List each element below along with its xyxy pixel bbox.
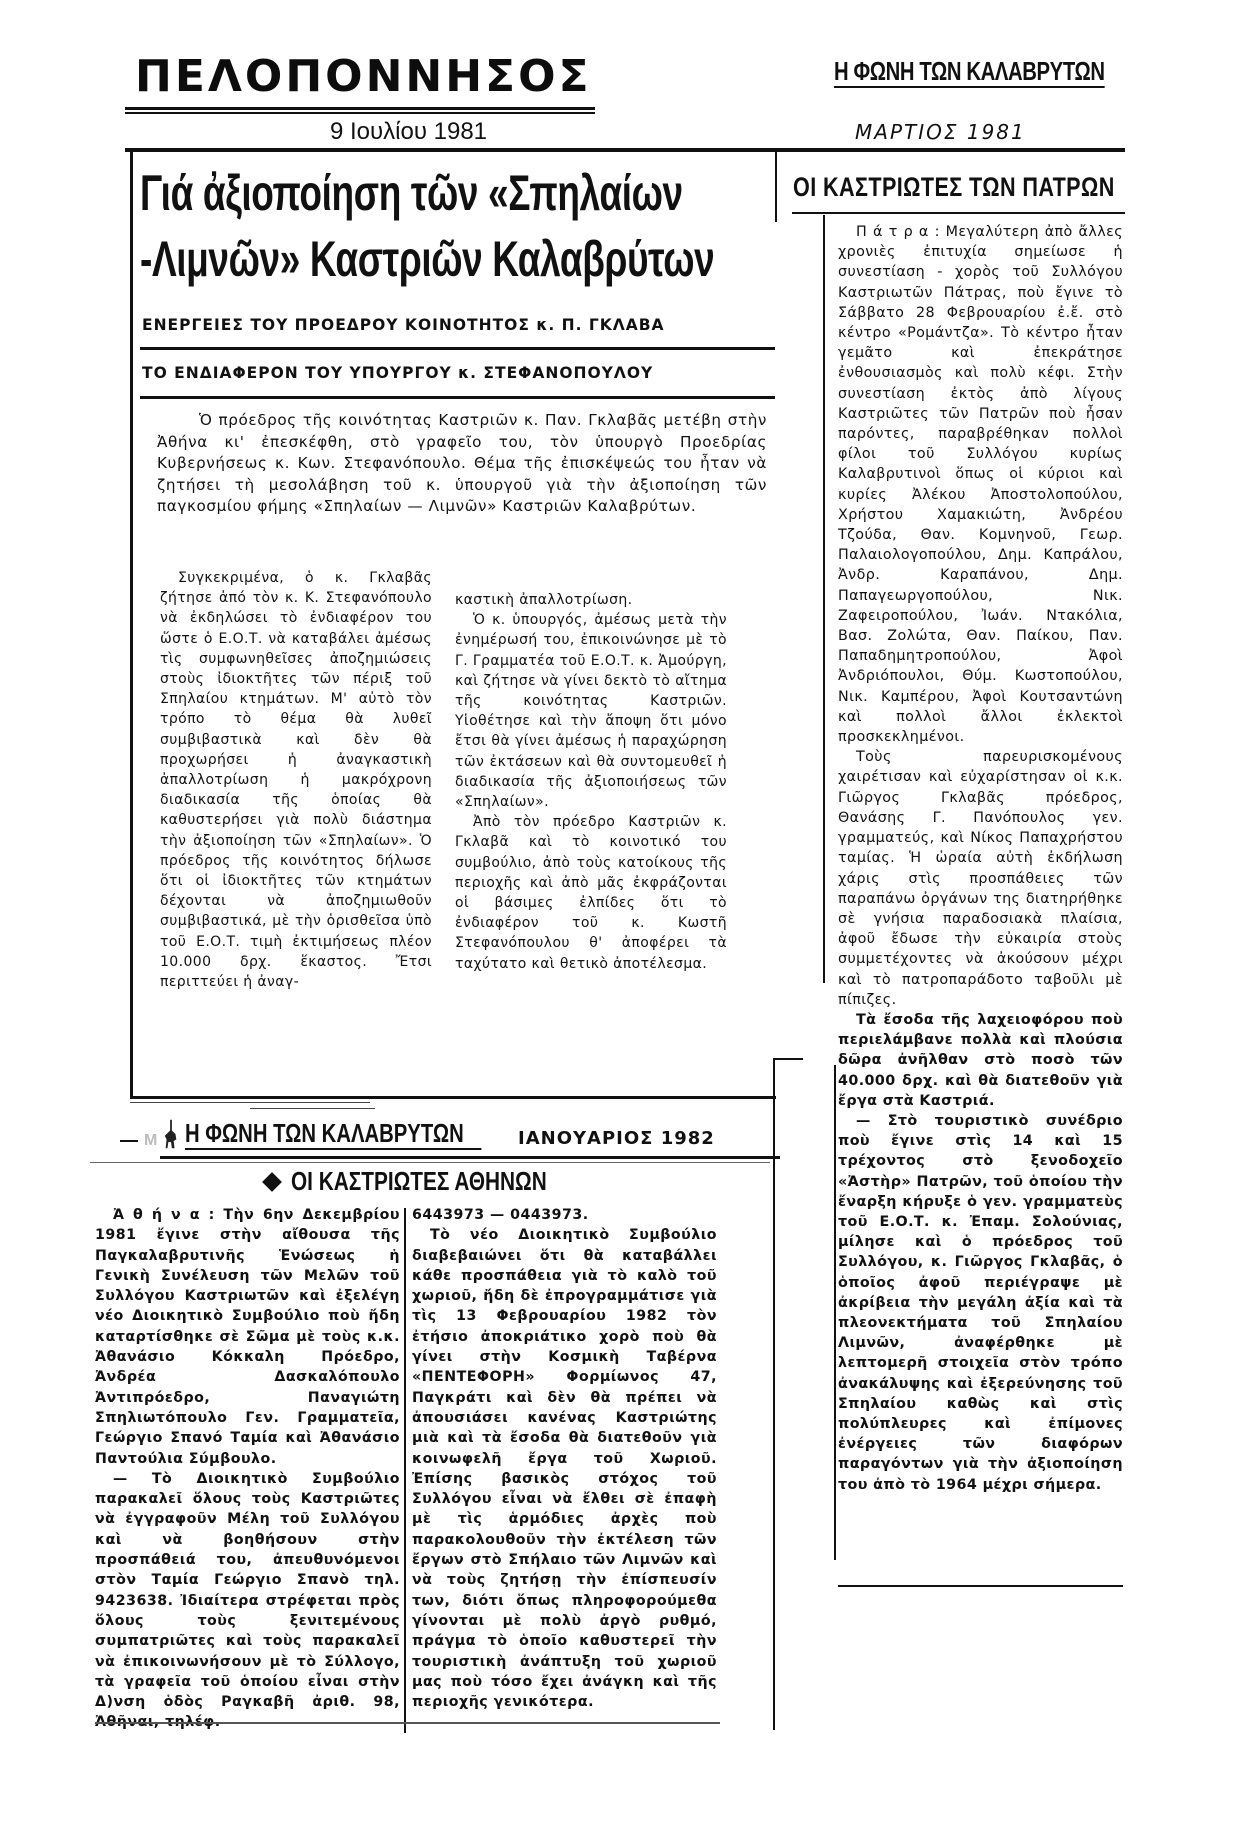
newspaper-name-peloponnisos: ΠΕΛΟΠΟΝΝΗΣΟΣ xyxy=(135,52,595,102)
headline-line-2: -Λιμνῶν» Καστριῶν Καλαβρύτων xyxy=(140,226,769,292)
article-subhead-1: ΕΝΕΡΓΕΙΕΣ ΤΟΥ ΠΡΟΕΔΡΟΥ ΚΟΙΝΟΤΗΤΟΣ κ. Π. … xyxy=(142,316,665,334)
masthead-foni-kalavryton: Η ΦΩΝΗ ΤΩΝ ΚΑΛΑΒΡΥΤΩΝ xyxy=(830,52,1160,88)
masthead-rule xyxy=(125,107,595,110)
column-divider xyxy=(773,1060,775,1730)
clipping-date-right: ΜΑΡΤΙΟΣ 1981 xyxy=(855,120,1026,144)
clipping-date-bottom: ΙΑΝΟΥΑΡΙΟΣ 1982 xyxy=(518,1128,715,1149)
paragraph: Ὁ κ. ὑπουργός, ἀμέσως μετὰ τὴν ἐνημέρωσή… xyxy=(455,610,727,812)
paragraph: Ἀ θ ή ν α : Τὴν 6ην Δεκεμβρίου 1981 ἔγιν… xyxy=(95,1205,400,1469)
subhead-rule xyxy=(140,347,775,350)
bottom-rule xyxy=(838,1585,1123,1587)
athinon-column-b: 6443973 — 0443973. Τὸ νέο Διοικητικὸ Συμ… xyxy=(412,1205,717,1712)
diamond-bullet-icon xyxy=(262,1172,282,1192)
headline-line-1: Γιά ἀξιοποίηση τῶν «Σπηλαίων xyxy=(140,160,769,226)
separator-rule xyxy=(250,1108,375,1109)
title-rule xyxy=(792,212,1125,214)
article-title-athinon: ΟΙ ΚΑΣΤΡΙΩΤΕΣ ΑΘΗΝΩΝ xyxy=(265,1166,611,1197)
paragraph: Τοὺς παρευρισκομένους χαιρέτισαν καὶ εὐχ… xyxy=(838,747,1123,1010)
paragraph: 6443973 — 0443973. xyxy=(412,1205,717,1225)
newspaper-name: Η ΦΩΝΗ ΤΩΝ ΚΑΛΑΒΡΥΤΩΝ xyxy=(834,56,1105,88)
clipping-date-left: 9 Ιουλίου 1981 xyxy=(330,118,487,146)
ghost-letter: Μ xyxy=(144,1132,157,1150)
column-bracket xyxy=(773,1058,803,1060)
article-column-a: Συγκεκριμένα, ὁ κ. Γκλαβᾶς ζήτησε ἀπό τὸ… xyxy=(160,568,432,992)
paragraph: Συγκεκριμένα, ὁ κ. Γκλαβᾶς ζήτησε ἀπό τὸ… xyxy=(160,568,432,992)
article-lead-paragraph: Ὁ πρόεδρος τῆς κοινότητας Καστριῶν κ. Πα… xyxy=(157,410,767,518)
article-title-patron: ΟΙ ΚΑΣΤΡΙΩΤΕΣ ΤΩΝ ΠΑΤΡΩΝ xyxy=(793,172,1115,203)
article-subhead-2: ΤΟ ΕΝΔΙΑΦΕΡΟΝ ΤΟΥ ΥΠΟΥΡΓΟΥ κ. ΣΤΕΦΑΝΟΠΟΥ… xyxy=(142,364,653,382)
masthead-foni-kalavryton-2: Μ Η ΦΩΝΗ ΤΩΝ ΚΑΛΑΒΡΥΤΩΝ xyxy=(120,1118,565,1150)
athinon-column-a: Ἀ θ ή ν α : Τὴν 6ην Δεκεμβρίου 1981 ἔγιν… xyxy=(95,1205,400,1733)
column-divider xyxy=(404,1208,406,1733)
horseman-logo-icon xyxy=(163,1118,179,1150)
separator-rule xyxy=(130,1102,370,1103)
paragraph: Π ά τ ρ α : Μεγαλύτερη ἀπὸ ἄλλες χρονιὲς… xyxy=(838,222,1123,747)
column-divider xyxy=(775,152,777,222)
subhead-rule xyxy=(140,396,775,399)
column-rule xyxy=(823,258,825,983)
masthead-rule xyxy=(90,1162,770,1163)
dash-mark xyxy=(120,1140,138,1142)
patron-article-body: Π ά τ ρ α : Μεγαλύτερη ἀπὸ ἄλλες χρονιὲς… xyxy=(838,222,1123,1495)
bottom-rule xyxy=(95,1722,720,1724)
article-headline: Γιά ἀξιοποίηση τῶν «Σπηλαίων -Λιμνῶν» Κα… xyxy=(140,160,769,292)
paragraph: Ἀπὸ τὸν πρόεδρο Καστριῶν κ. Γκλαβᾶ καὶ τ… xyxy=(455,812,727,974)
paragraph: — Στὸ τουριστικὸ συνέδριο ποὺ ἔγινε στὶς… xyxy=(838,1111,1123,1495)
column-rule xyxy=(834,1065,836,1560)
newspaper-name: Η ΦΩΝΗ ΤΩΝ ΚΑΛΑΒΡΥΤΩΝ xyxy=(185,1118,481,1150)
masthead-rule xyxy=(160,1156,780,1159)
article-column-b: καστικὴ ἀπαλλοτρίωση. Ὁ κ. ὑπουργός, ἀμέ… xyxy=(455,590,727,974)
masthead-rule xyxy=(125,112,595,114)
paragraph: Τὰ ἔσοδα τῆς λαχειοφόρου ποὺ περιελάμβαν… xyxy=(838,1010,1123,1111)
paragraph: καστικὴ ἀπαλλοτρίωση. xyxy=(455,590,727,610)
paragraph: Τὸ νέο Διοικητικὸ Συμβούλιο διαβεβαιώνει… xyxy=(412,1225,717,1712)
paragraph: — Τὸ Διοικητικὸ Συμβούλιο παρακαλεῖ ὅλου… xyxy=(95,1469,400,1733)
